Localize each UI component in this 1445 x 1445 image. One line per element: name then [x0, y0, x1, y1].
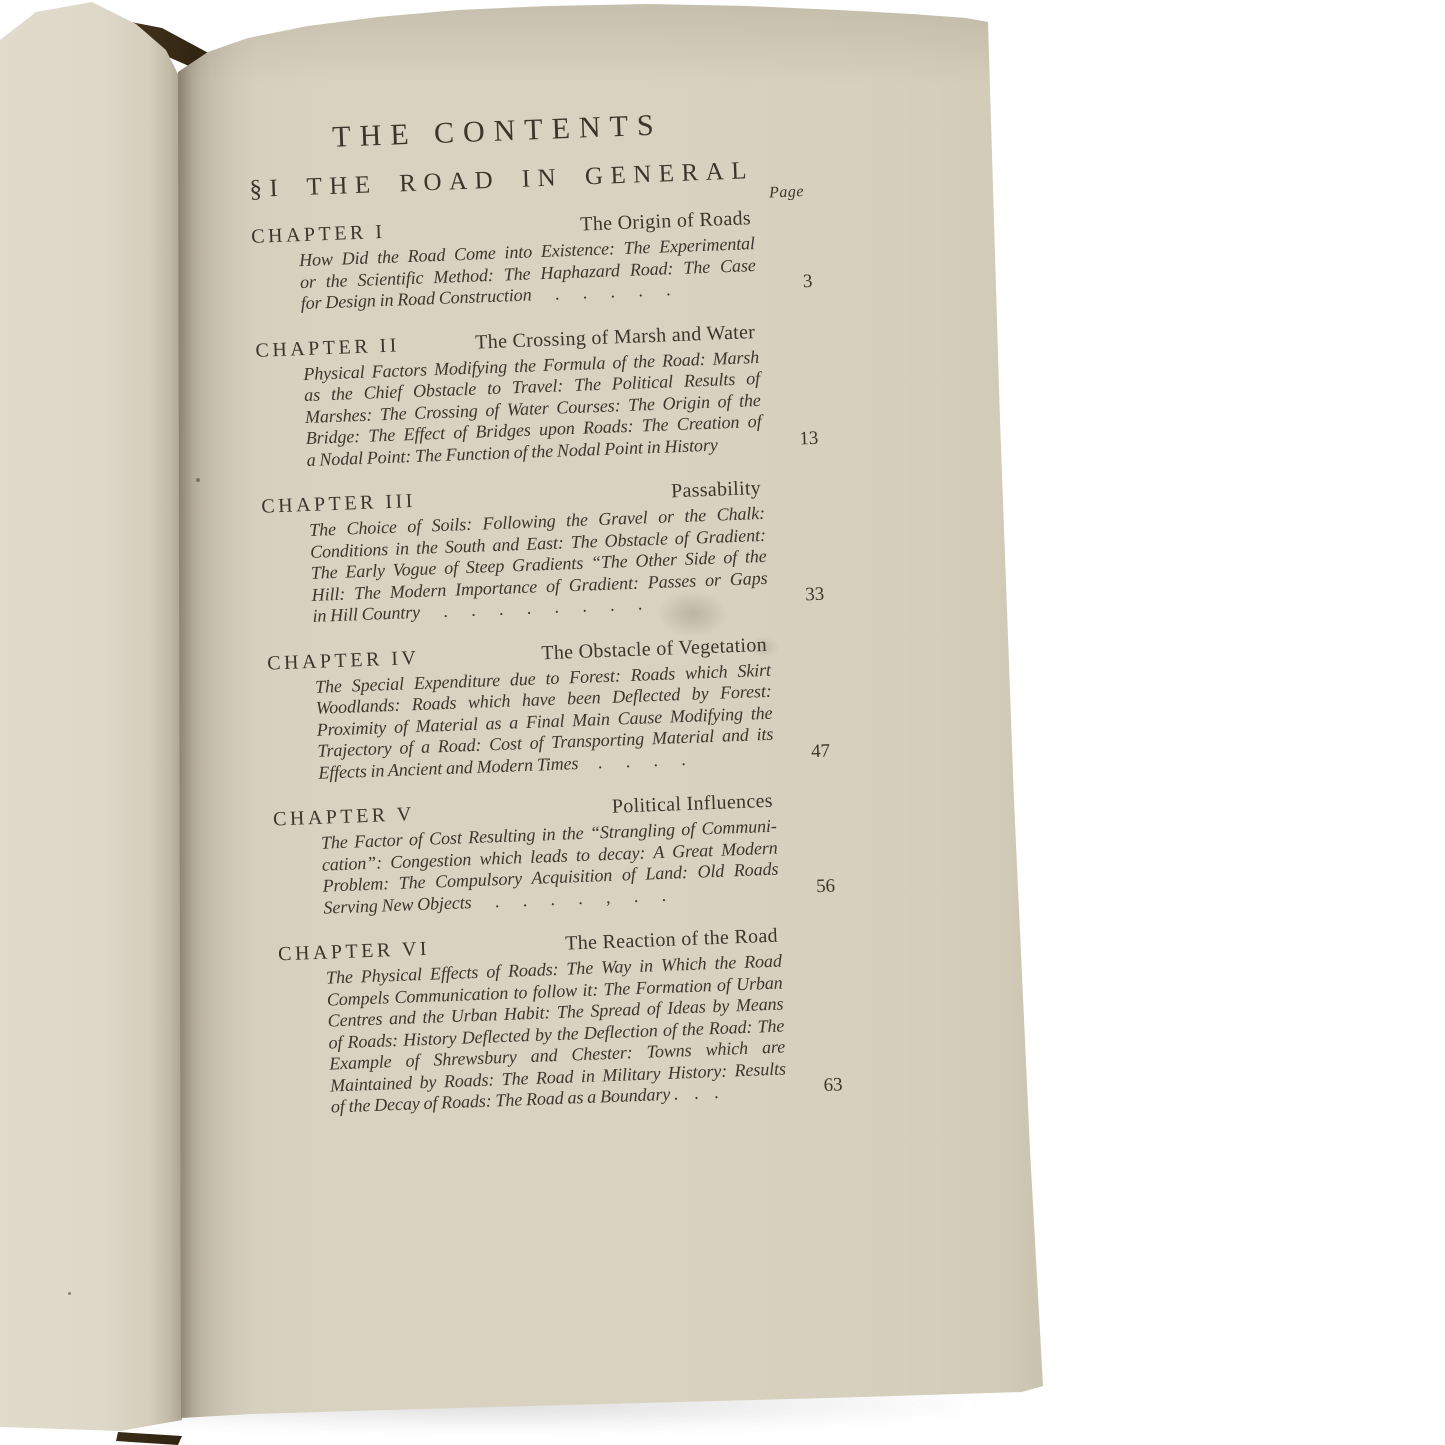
chapter-page-number: 3 — [803, 271, 813, 293]
toc-chapter: CHAPTER IV The Obstacle of Vegetation Th… — [267, 633, 772, 785]
chapter-page-number: 56 — [816, 875, 836, 897]
chapter-number: CHAPTER VI — [278, 938, 431, 967]
leader-dots: . . — [678, 1082, 719, 1103]
toc-chapter: CHAPTER III Passability The Choice of So… — [261, 477, 766, 629]
toc-chapter: CHAPTER VI The Reaction of the Road The … — [278, 925, 784, 1120]
chapter-title: Political Influences — [612, 790, 774, 819]
chapter-page-number: 47 — [811, 740, 831, 762]
toc-chapter: CHAPTER V Political Influences The Facto… — [273, 790, 777, 921]
leader-dots: . . . . — [578, 749, 686, 773]
left-page-blank — [0, 0, 182, 1445]
chapter-title: The Origin of Roads — [580, 207, 751, 236]
chapter-description: The Special Expenditure due to Forest: R… — [315, 659, 775, 784]
chapter-number: CHAPTER II — [255, 334, 400, 362]
chapter-title: Passability — [671, 477, 762, 503]
chapter-description: The Physical Effects of Roads: The Way i… — [326, 951, 787, 1119]
chapter-page-number: 13 — [799, 427, 819, 449]
page-top-shading — [170, 0, 1060, 120]
chapter-number: CHAPTER IV — [267, 646, 420, 675]
chapter-description: The Choice of Soils: Following the Grave… — [309, 503, 769, 628]
page-column-label: Page — [769, 183, 805, 202]
page-speck — [196, 478, 200, 482]
toc-chapter: CHAPTER I The Origin of Roads How Did th… — [251, 207, 754, 316]
chapter-description: The Factor of Cost Resulting in the “Str… — [321, 816, 780, 919]
chapter-number: CHAPTER V — [273, 803, 415, 831]
chapter-description: Physical Factors Modifying the Formula o… — [303, 346, 763, 471]
chapter-number: CHAPTER III — [261, 490, 416, 519]
chapter-description: How Did the Road Come into Existence: Th… — [299, 233, 757, 315]
leader-dots: . . . . . — [531, 279, 671, 304]
chapter-page-number: 33 — [805, 584, 825, 606]
chapter-page-number: 63 — [823, 1074, 843, 1096]
page-speck — [68, 1292, 71, 1295]
book-photo: THE CONTENTS §I THE ROAD IN GENERAL Page… — [0, 0, 1445, 1445]
chapter-number: CHAPTER I — [251, 221, 386, 249]
chapter-list: CHAPTER I The Origin of Roads How Did th… — [251, 205, 844, 1120]
toc-chapter: CHAPTER II The Crossing of Marsh and Wat… — [255, 321, 760, 473]
contents-page-text: THE CONTENTS §I THE ROAD IN GENERAL Page… — [247, 103, 845, 1143]
section-heading: §I THE ROAD IN GENERAL Page — [249, 157, 750, 204]
section-heading-text: §I THE ROAD IN GENERAL — [249, 157, 755, 203]
